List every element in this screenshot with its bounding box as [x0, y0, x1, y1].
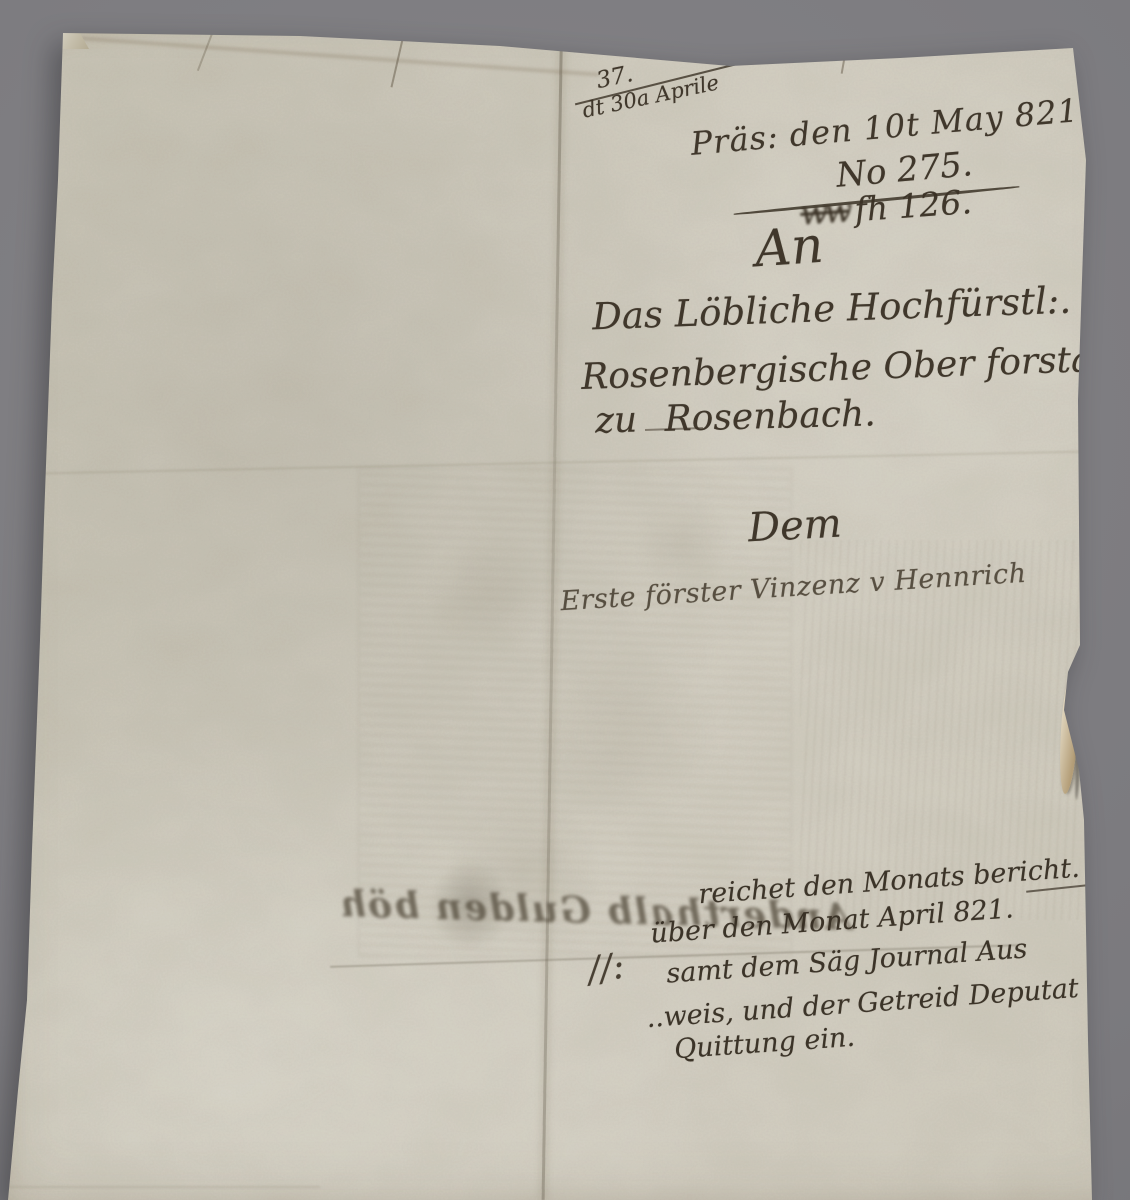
address-line-2: Rosenbergische Ober forstamt.: [580, 337, 1130, 398]
paper-shadow-wrap: Anderthalb Gulden böh 37. dt 30a Aprile …: [0, 0, 1130, 1200]
exhibit-number: fh 126.: [853, 182, 973, 229]
top-edge-crease: [81, 37, 600, 76]
fold-crease-vertical: [542, 28, 563, 1200]
address-line-3: zu Rosenbach.: [595, 393, 877, 441]
right-edge-curl: [1057, 666, 1083, 795]
docket-annotation: 37. dt 30a Aprile: [575, 38, 748, 122]
document-paper: Anderthalb Gulden böh 37. dt 30a Aprile …: [0, 0, 1130, 1200]
torn-corner-flap: [59, 25, 89, 49]
top-edge-crack: [197, 33, 213, 71]
bottom-crease: [0, 1186, 320, 1188]
recipient-dem: Dem: [747, 501, 843, 552]
top-edge-crack: [841, 24, 852, 74]
reference-slash-mark: //:: [585, 946, 627, 992]
fold-crease-horizontal-upper: [0, 451, 1080, 476]
recipient-forester-line: Erste förster Vinzenz v Hennrich: [559, 558, 1027, 617]
salutation-an: An: [753, 216, 825, 279]
top-edge-crack: [391, 31, 406, 88]
address-line-1: Das Löbliche Hochfürstl:.: [591, 279, 1071, 339]
right-edge-curl-shadow: [1073, 662, 1086, 800]
exhibit-note: wwfh 126.: [799, 182, 973, 233]
photograph-of-document: Anderthalb Gulden böh 37. dt 30a Aprile …: [0, 0, 1130, 1200]
